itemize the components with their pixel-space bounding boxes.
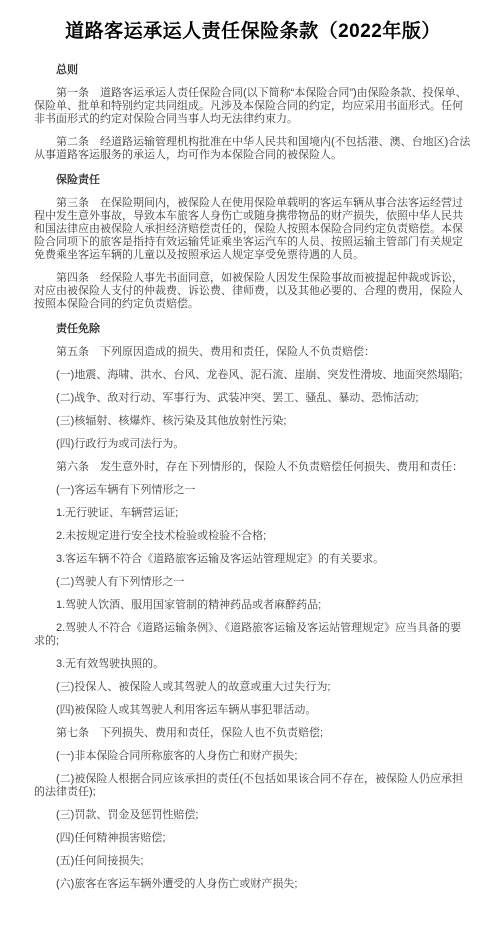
paragraph: (三)罚款、罚金及惩罚性赔偿; — [34, 809, 472, 822]
section-heading: 保险责任 — [34, 174, 472, 187]
paragraph: 第一条 道路客运承运人责任保险合同(以下简称“本保险合同”)由保险条款、投保单、… — [34, 87, 472, 126]
paragraph: (三)核辐射、核爆炸、核污染及其他放射性污染; — [34, 415, 472, 428]
paragraph: 3.客运车辆不符合《道路旅客运输及客运站管理规定》的有关要求。 — [34, 553, 472, 566]
paragraph: 第五条 下列原因造成的损失、费用和责任，保险人不负责赔偿： — [34, 346, 472, 359]
section-heading: 责任免除 — [34, 323, 472, 336]
paragraph: 第二条 经道路运输管理机构批准在中华人民共和国境内(不包括港、澳、台地区)合法从… — [34, 136, 472, 162]
paragraph: 2.未按规定进行安全技术检验或检验不合格; — [34, 530, 472, 543]
section-heading: 总则 — [34, 64, 472, 77]
paragraph: 2.驾驶人不符合《道路运输条例》、《道路旅客运输及客运站管理规定》应当具备的要求… — [34, 622, 472, 648]
paragraph: (二)被保险人根据合同应该承担的责任(不包括如果该合同不存在，被保险人仍应承担的… — [34, 773, 472, 799]
paragraph: (四)被保险人或其驾驶人利用客运车辆从事犯罪活动。 — [34, 704, 472, 717]
paragraph: (五)任何间接损失; — [34, 855, 472, 868]
paragraph: 3.无有效驾驶执照的。 — [34, 658, 472, 671]
document-title: 道路客运承运人责任保险条款（2022年版） — [34, 20, 472, 44]
paragraph: (四)行政行为或司法行为。 — [34, 438, 472, 451]
paragraph: 第三条 在保险期间内，被保险人在使用保险单载明的客运车辆从事合法客运经营过程中发… — [34, 197, 472, 262]
paragraph: (三)投保人、被保险人或其驾驶人的故意或重大过失行为; — [34, 681, 472, 694]
paragraph: (四)任何精神损害赔偿; — [34, 832, 472, 845]
paragraph: (六)旅客在客运车辆外遭受的人身伤亡或财产损失; — [34, 878, 472, 891]
paragraph: (二)驾驶人有下列情形之一 — [34, 576, 472, 589]
paragraph: (二)战争、敌对行动、军事行为、武装冲突、罢工、骚乱、暴动、恐怖活动; — [34, 392, 472, 405]
paragraph: 第七条 下列损失、费用和责任，保险人也不负责赔偿; — [34, 727, 472, 740]
paragraph: 第四条 经保险人事先书面同意，如被保险人因发生保险事故而被提起仲裁或诉讼，对应由… — [34, 272, 472, 311]
paragraph: (一)客运车辆有下列情形之一 — [34, 484, 472, 497]
paragraph: 1.驾驶人饮酒、服用国家管制的精神药品或者麻醉药品; — [34, 599, 472, 612]
paragraph: 1.无行驶证、车辆营运证; — [34, 507, 472, 520]
document-body: 总则第一条 道路客运承运人责任保险合同(以下简称“本保险合同”)由保险条款、投保… — [34, 64, 472, 891]
paragraph: 第六条 发生意外时，存在下列情形的，保险人不负责赔偿任何损失、费用和责任： — [34, 461, 472, 474]
document-page: 道路客运承运人责任保险条款（2022年版） 总则第一条 道路客运承运人责任保险合… — [0, 0, 504, 925]
paragraph: (一)非本保险合同所称旅客的人身伤亡和财产损失; — [34, 750, 472, 763]
paragraph: (一)地震、海啸、洪水、台风、龙卷风、泥石流、崖崩、突发性滑坡、地面突然塌陷; — [34, 369, 472, 382]
